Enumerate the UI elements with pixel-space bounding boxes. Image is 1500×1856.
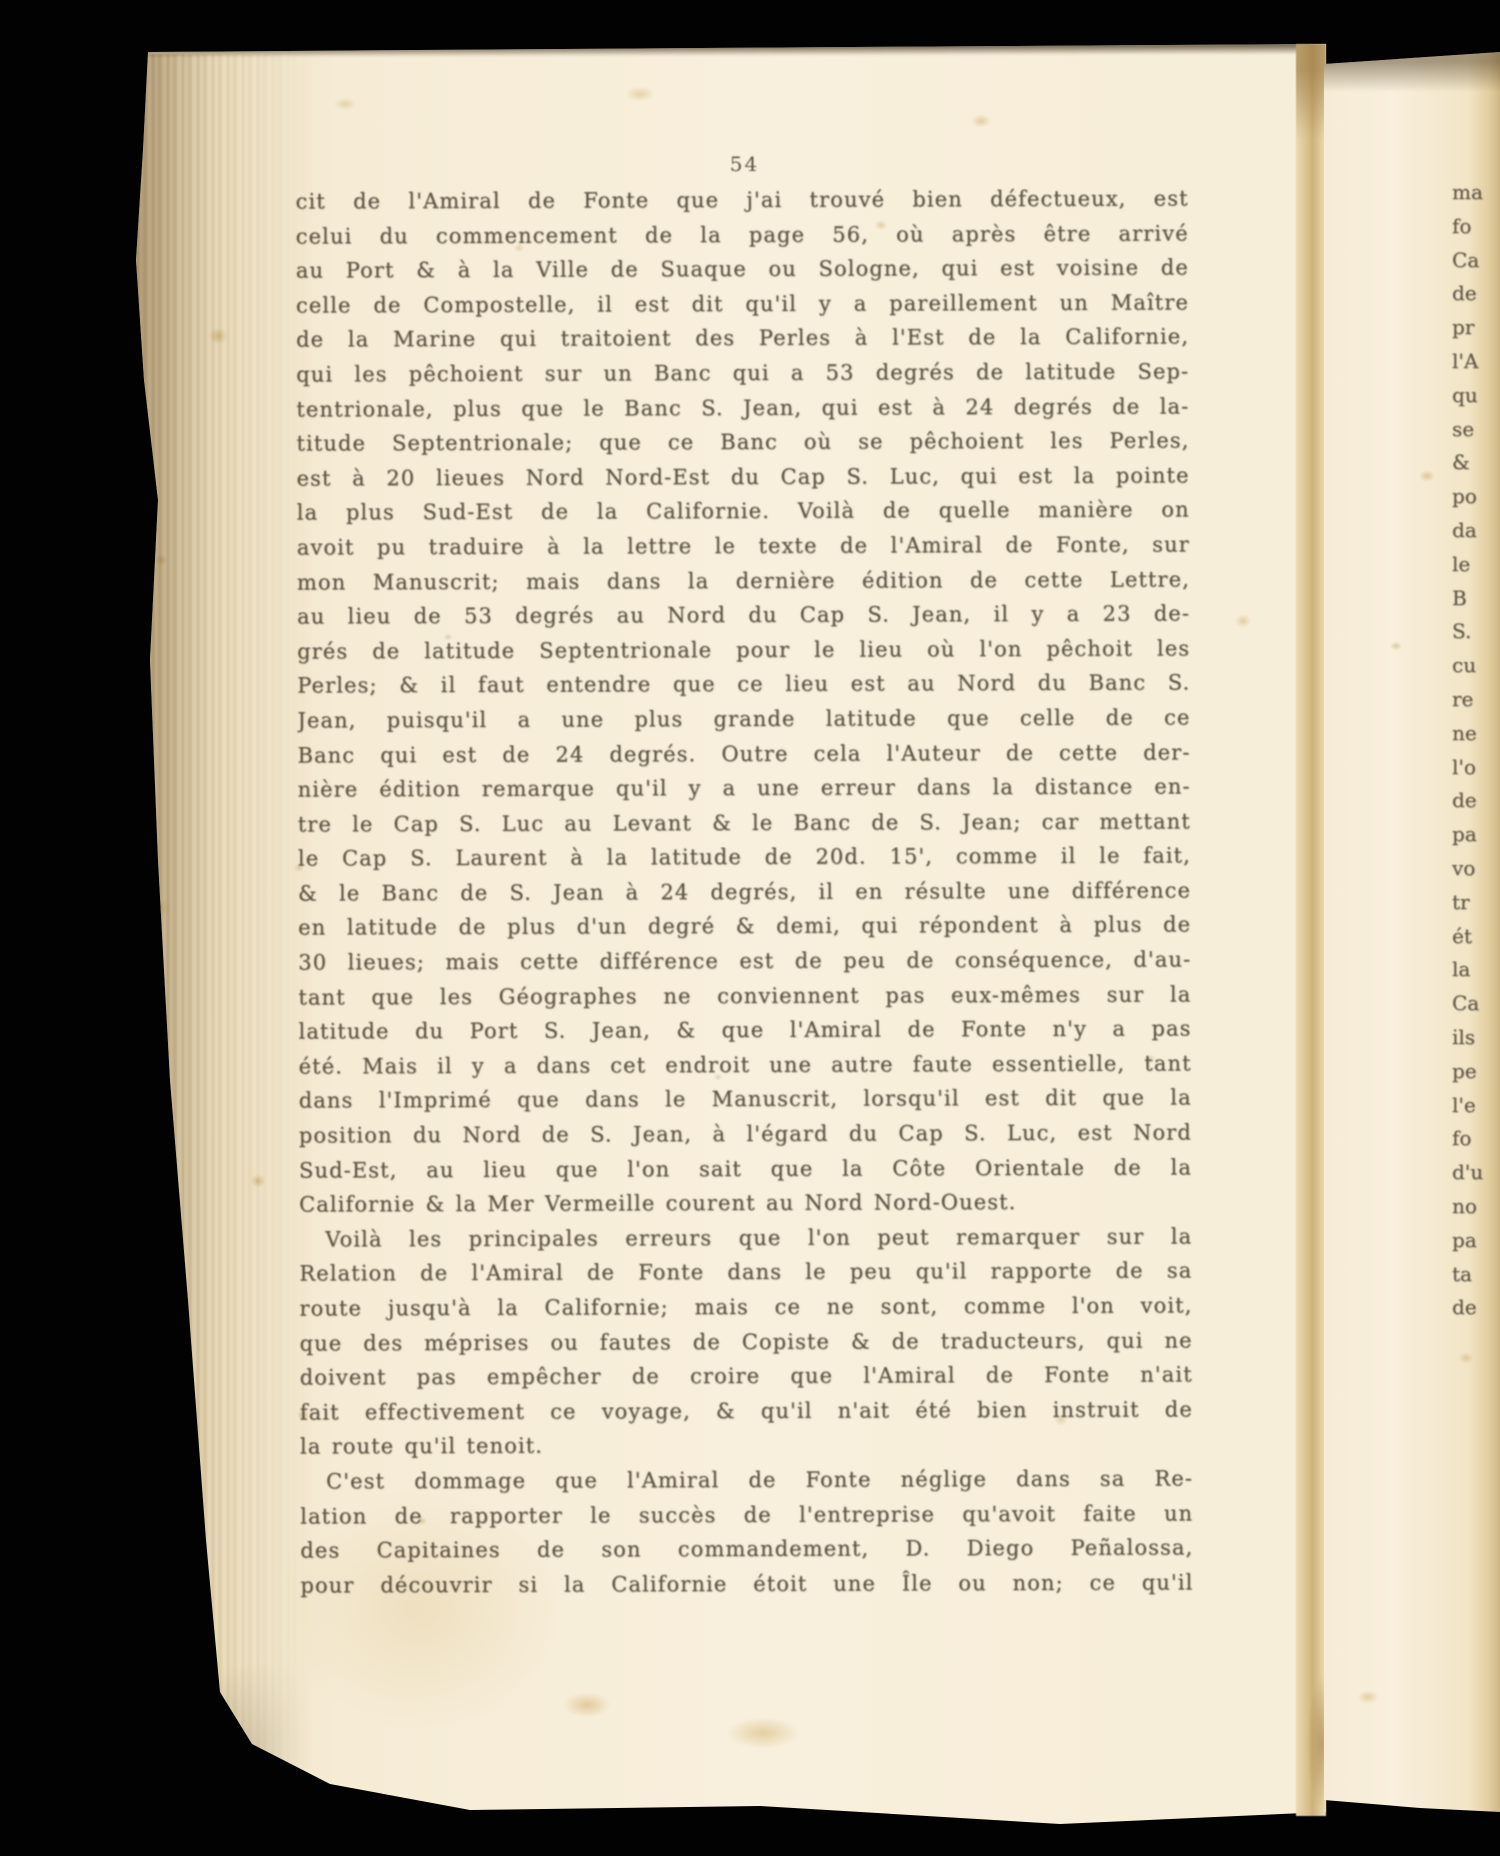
text-line: lation de rapporter le succès de l'entre… [300, 1496, 1193, 1534]
text-line: le Cap S. Laurent à la latitude de 20d. … [298, 839, 1191, 877]
edge-line: le [1452, 548, 1498, 582]
text-line: Banc qui est de 24 degrés. Outre cela l'… [297, 735, 1190, 773]
text-line: Voilà les principales erreurs que l'on p… [299, 1219, 1192, 1257]
edge-line: re [1452, 683, 1498, 717]
edge-line: se [1452, 413, 1498, 447]
edge-line: fo [1452, 210, 1498, 244]
text-line: est à 20 lieues Nord Nord-Est du Cap S. … [296, 458, 1189, 496]
text-line: mon Manuscrit; mais dans la dernière édi… [297, 562, 1190, 600]
text-line: fait effectivement ce voyage, & qu'il n'… [300, 1392, 1193, 1430]
text-line: qui les pêchoient sur un Banc qui a 53 d… [296, 354, 1189, 392]
edge-line: l'o [1452, 751, 1498, 785]
text-line: dans l'Imprimé que dans le Manuscrit, lo… [299, 1081, 1192, 1119]
edge-line: Ca [1452, 244, 1498, 278]
text-line: C'est dommage que l'Amiral de Fonte négl… [300, 1461, 1193, 1499]
edge-line: B [1452, 582, 1498, 616]
edge-line: ma [1452, 176, 1498, 210]
text-line: au lieu de 53 degrés au Nord du Cap S. J… [297, 597, 1190, 635]
edge-line: de [1452, 1291, 1498, 1325]
text-line: Jean, puisqu'il a une plus grande latitu… [297, 700, 1190, 738]
page-stack-edge [92, 54, 322, 1770]
text-line: doivent pas empêcher de croire que l'Ami… [300, 1358, 1193, 1396]
edge-line: qu [1452, 379, 1498, 413]
edge-line: S. [1452, 615, 1498, 649]
text-line: que des méprises ou fautes de Copiste & … [300, 1323, 1193, 1361]
paragraph: cit de l'Amiral de Fonte que j'ai trouvé… [296, 181, 1193, 1222]
book-scan-photo: 54 cit de l'Amiral de Fonte que j'ai tro… [0, 0, 1500, 1856]
text-block: cit de l'Amiral de Fonte que j'ai trouvé… [296, 181, 1194, 1602]
edge-line: pr [1452, 311, 1498, 345]
edge-line: da [1452, 514, 1498, 548]
facing-page-text-edge: mafoCadeprl'Aquse&podaleBS.curenel'odepa… [1452, 176, 1498, 1325]
edge-line: pe [1452, 1055, 1498, 1089]
text-line: au Port & à la Ville de Suaque ou Sologn… [296, 251, 1189, 289]
edge-line: Ca [1452, 987, 1498, 1021]
edge-line: no [1452, 1190, 1498, 1224]
edge-line: & [1452, 446, 1498, 480]
edge-line: ne [1452, 717, 1498, 751]
edge-line: pa [1452, 1224, 1498, 1258]
text-line: Relation de l'Amiral de Fonte dans le pe… [299, 1254, 1192, 1292]
text-line: 30 lieues; mais cette différence est de … [298, 943, 1191, 981]
text-line: en latitude de plus d'un degré & demi, q… [298, 908, 1191, 946]
edge-line: vo [1452, 852, 1498, 886]
text-line: & le Banc de S. Jean à 24 degrés, il en … [298, 873, 1191, 911]
text-line: tre le Cap S. Luc au Levant & le Banc de… [298, 804, 1191, 842]
edge-line: po [1452, 480, 1498, 514]
page-top-edge-shadow [140, 43, 1310, 57]
edge-line: d'u [1452, 1156, 1498, 1190]
edge-line: l'e [1452, 1089, 1498, 1123]
text-line: nière édition remarque qu'il y a une err… [298, 770, 1191, 808]
edge-line: fo [1452, 1122, 1498, 1156]
text-line: position du Nord de S. Jean, à l'égard d… [299, 1115, 1192, 1153]
edge-line: tr [1452, 886, 1498, 920]
edge-line: pa [1452, 818, 1498, 852]
text-line: de la Marine qui traitoient des Perles à… [296, 320, 1189, 358]
edge-line: ta [1452, 1258, 1498, 1292]
text-line: tentrionale, plus que le Banc S. Jean, q… [296, 389, 1189, 427]
paragraph: Voilà les principales erreurs que l'on p… [299, 1219, 1193, 1464]
edge-line: cu [1452, 649, 1498, 683]
edge-line: l'A [1452, 345, 1498, 379]
facing-page: mafoCadeprl'Aquse&podaleBS.curenel'odepa… [1324, 52, 1500, 1812]
edge-line: la [1452, 953, 1498, 987]
page-gutter-shadow [1296, 44, 1326, 1816]
text-line: celui du commencement de la page 56, où … [296, 216, 1189, 254]
edge-line: de [1452, 784, 1498, 818]
text-line: la route qu'il tenoit. [300, 1427, 1193, 1465]
text-line: cit de l'Amiral de Fonte que j'ai trouvé… [296, 181, 1189, 219]
text-line: la plus Sud-Est de la Californie. Voilà … [297, 493, 1190, 531]
edge-line: ét [1452, 920, 1498, 954]
text-line: tant que les Géographes ne conviennent p… [298, 977, 1191, 1015]
edge-line: de [1452, 277, 1498, 311]
text-line: pour découvrir si la Californie étoit un… [300, 1565, 1193, 1603]
text-line: titude Septentrionale; que ce Banc où se… [296, 424, 1189, 462]
text-line: Perles; & il faut entendre que ce lieu e… [297, 666, 1190, 704]
page-number: 54 [298, 152, 1191, 182]
text-line: latitude du Port S. Jean, & que l'Amiral… [298, 1012, 1191, 1050]
text-line: grés de latitude Septentrionale pour le … [297, 631, 1190, 669]
text-line: des Capitaines de son commandement, D. D… [300, 1531, 1193, 1569]
text-line: été. Mais il y a dans cet endroit une au… [299, 1046, 1192, 1084]
text-line: avoit pu traduire à la lettre le texte d… [297, 527, 1190, 565]
edge-line: ils [1452, 1021, 1498, 1055]
text-line: Californie & la Mer Vermeille courent au… [299, 1185, 1192, 1223]
text-line: route jusqu'à la Californie; mais ce ne … [299, 1288, 1192, 1326]
paragraph: C'est dommage que l'Amiral de Fonte négl… [300, 1461, 1193, 1602]
text-line: celle de Compostelle, il est dit qu'il y… [296, 285, 1189, 323]
text-line: Sud-Est, au lieu que l'on sait que la Cô… [299, 1150, 1192, 1188]
left-page: 54 cit de l'Amiral de Fonte que j'ai tro… [0, 0, 1500, 1856]
